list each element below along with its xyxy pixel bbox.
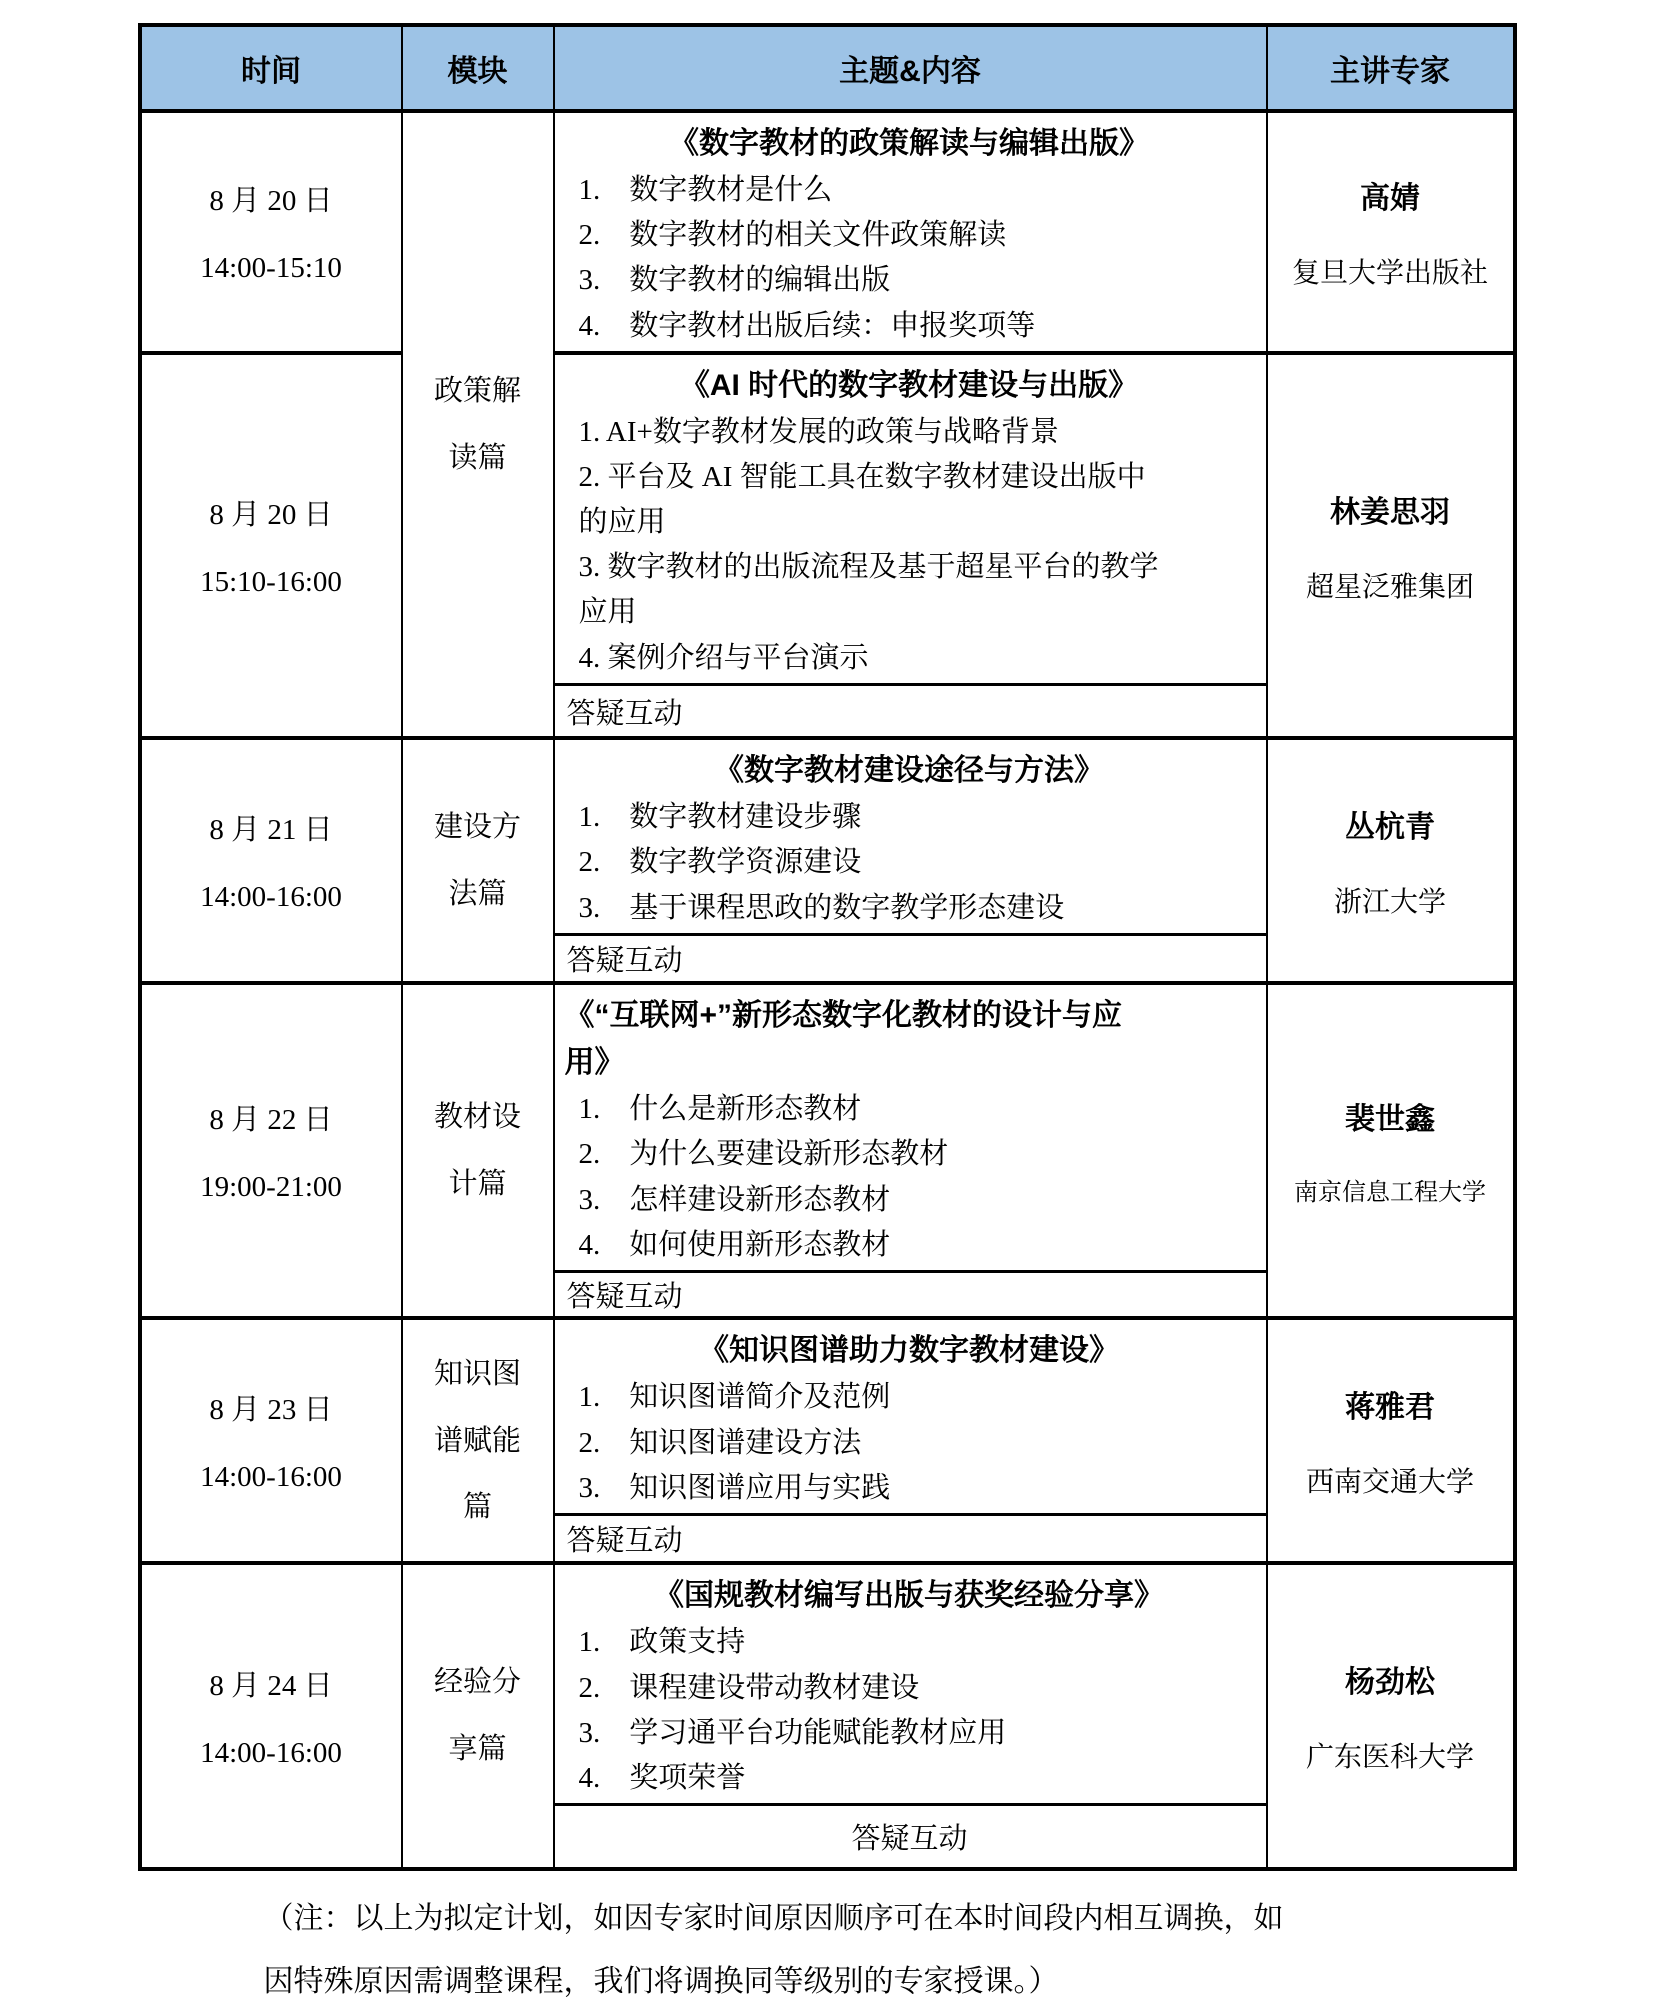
speaker-affiliation: 西南交通大学: [1269, 1460, 1512, 1500]
header-row: 时间 模块 主题&内容 主讲专家: [140, 25, 1515, 111]
time-cell: 8 月 21 日 14:00-16:00: [140, 738, 402, 983]
qa-cell: 答疑互动: [554, 1805, 1267, 1869]
session-item: 1. AI+数字教材发展的政策与战略背景: [565, 410, 1254, 455]
session-title: 《知识图谱助力数字教材建设》: [565, 1328, 1254, 1375]
content-cell: 《“互联网+”新形态数字化教材的设计与应 用》 1. 什么是新形态教材 2. 为…: [554, 983, 1267, 1271]
session-time: 14:00-16:00: [143, 1461, 400, 1494]
module-cell: 经验分 享篇: [402, 1563, 554, 1868]
session-item: 3. 学习通平台功能赋能教材应用: [565, 1711, 1254, 1756]
content-cell: 《数字教材的政策解读与编辑出版》 1. 数字教材是什么 2. 数字教材的相关文件…: [554, 111, 1267, 353]
speaker-cell: 杨劲松 广东医科大学: [1267, 1563, 1515, 1868]
speaker-affiliation: 复旦大学出版社: [1269, 251, 1512, 291]
session-item: 4. 案例介绍与平台演示: [565, 636, 1254, 681]
module-cell: 建设方 法篇: [402, 738, 554, 983]
session-time: 14:00-16:00: [143, 881, 400, 914]
session-item: 2. 课程建设带动教材建设: [565, 1666, 1254, 1711]
speaker-name: 蒋雅君: [1269, 1382, 1512, 1426]
session-date: 8 月 24 日: [143, 1663, 400, 1704]
session-item: 1. 数字教材是什么: [565, 168, 1254, 213]
session-date: 8 月 22 日: [143, 1097, 400, 1138]
session-date: 8 月 20 日: [143, 178, 400, 219]
session-item: 1. 数字教材建设步骤: [565, 795, 1254, 840]
session-item: 1. 知识图谱简介及范例: [565, 1375, 1254, 1420]
speaker-name: 裴世鑫: [1269, 1094, 1512, 1138]
session-item: 4. 奖项荣誉: [565, 1756, 1254, 1801]
speaker-cell: 高婧 复旦大学出版社: [1267, 111, 1515, 353]
time-cell: 8 月 22 日 19:00-21:00: [140, 983, 402, 1318]
session-row: 8 月 20 日 15:10-16:00 《AI 时代的数字教材建设与出版》 1…: [140, 353, 1515, 685]
session-item: 3. 知识图谱应用与实践: [565, 1466, 1254, 1511]
session-title: 《AI 时代的数字教材建设与出版》: [565, 363, 1254, 410]
qa-cell: 答疑互动: [554, 1514, 1267, 1563]
session-row: 8 月 22 日 19:00-21:00 教材设 计篇 《“互联网+”新形态数字…: [140, 983, 1515, 1271]
time-cell: 8 月 24 日 14:00-16:00: [140, 1563, 402, 1868]
session-item: 2. 知识图谱建设方法: [565, 1421, 1254, 1466]
qa-cell: 答疑互动: [554, 934, 1267, 983]
speaker-name: 丛杭青: [1269, 802, 1512, 846]
session-time: 15:10-16:00: [143, 566, 400, 599]
speaker-cell: 裴世鑫 南京信息工程大学: [1267, 983, 1515, 1318]
speaker-cell: 林姜思羽 超星泛雅集团: [1267, 353, 1515, 739]
session-item: 4. 如何使用新形态教材: [565, 1223, 1254, 1268]
module-cell: 政策解 读篇: [402, 111, 554, 738]
speaker-affiliation: 南京信息工程大学: [1269, 1172, 1512, 1207]
speaker-name: 杨劲松: [1269, 1657, 1512, 1701]
session-time: 19:00-21:00: [143, 1171, 400, 1204]
session-item: 3. 数字教材的编辑出版: [565, 258, 1254, 303]
session-title: 《“互联网+”新形态数字化教材的设计与应 用》: [565, 993, 1254, 1087]
session-row: 8 月 23 日 14:00-16:00 知识图 谱赋能 篇 《知识图谱助力数字…: [140, 1318, 1515, 1514]
session-item: 2. 数字教学资源建设: [565, 840, 1254, 885]
session-item: 3. 怎样建设新形态教材: [565, 1178, 1254, 1223]
content-cell: 《数字教材建设途径与方法》 1. 数字教材建设步骤 2. 数字教学资源建设 3.…: [554, 738, 1267, 934]
session-date: 8 月 23 日: [143, 1387, 400, 1428]
speaker-cell: 丛杭青 浙江大学: [1267, 738, 1515, 983]
session-row: 8 月 24 日 14:00-16:00 经验分 享篇 《国规教材编写出版与获奖…: [140, 1563, 1515, 1804]
session-title: 《数字教材建设途径与方法》: [565, 748, 1254, 795]
session-item: 4. 数字教材出版后续：申报奖项等: [565, 304, 1254, 349]
document-page: 时间 模块 主题&内容 主讲专家 8 月 20 日 14:00-15:10 政策…: [0, 0, 1654, 2013]
session-date: 8 月 21 日: [143, 807, 400, 848]
session-item: 1. 什么是新形态教材: [565, 1087, 1254, 1132]
speaker-name: 林姜思羽: [1269, 487, 1512, 531]
speaker-affiliation: 浙江大学: [1269, 880, 1512, 920]
module-cell: 知识图 谱赋能 篇: [402, 1318, 554, 1563]
speaker-affiliation: 超星泛雅集团: [1269, 565, 1512, 605]
content-cell: 《知识图谱助力数字教材建设》 1. 知识图谱简介及范例 2. 知识图谱建设方法 …: [554, 1318, 1267, 1514]
session-row: 8 月 20 日 14:00-15:10 政策解 读篇 《数字教材的政策解读与编…: [140, 111, 1515, 353]
speaker-name: 高婧: [1269, 173, 1512, 217]
session-item: 3. 基于课程思政的数字教学形态建设: [565, 886, 1254, 931]
session-item: 1. 政策支持: [565, 1620, 1254, 1665]
session-title: 《数字教材的政策解读与编辑出版》: [565, 121, 1254, 168]
speaker-cell: 蒋雅君 西南交通大学: [1267, 1318, 1515, 1563]
speaker-affiliation: 广东医科大学: [1269, 1735, 1512, 1775]
time-cell: 8 月 23 日 14:00-16:00: [140, 1318, 402, 1563]
session-date: 8 月 20 日: [143, 492, 400, 533]
session-row: 8 月 21 日 14:00-16:00 建设方 法篇 《数字教材建设途径与方法…: [140, 738, 1515, 934]
time-cell: 8 月 20 日 15:10-16:00: [140, 353, 402, 739]
qa-cell: 答疑互动: [554, 684, 1267, 738]
session-item: 3. 数字教材的出版流程及基于超星平台的教学 应用: [565, 545, 1254, 635]
col-header-speaker: 主讲专家: [1267, 25, 1515, 111]
session-title: 《国规教材编写出版与获奖经验分享》: [565, 1573, 1254, 1620]
session-item: 2. 数字教材的相关文件政策解读: [565, 213, 1254, 258]
qa-cell: 答疑互动: [554, 1271, 1267, 1318]
module-cell: 教材设 计篇: [402, 983, 554, 1318]
col-header-time: 时间: [140, 25, 402, 111]
session-time: 14:00-16:00: [143, 1737, 400, 1770]
time-cell: 8 月 20 日 14:00-15:10: [140, 111, 402, 353]
footnote: （注：以上为拟定计划，如因专家时间原因顺序可在本时间段内相互调换，如 因特殊原因…: [140, 1871, 1515, 2013]
session-item: 2. 平台及 AI 智能工具在数字教材建设出版中 的应用: [565, 455, 1254, 545]
content-cell: 《国规教材编写出版与获奖经验分享》 1. 政策支持 2. 课程建设带动教材建设 …: [554, 1563, 1267, 1804]
content-cell: 《AI 时代的数字教材建设与出版》 1. AI+数字教材发展的政策与战略背景 2…: [554, 353, 1267, 685]
col-header-module: 模块: [402, 25, 554, 111]
session-time: 14:00-15:10: [143, 252, 400, 285]
col-header-topic: 主题&内容: [554, 25, 1267, 111]
session-item: 2. 为什么要建设新形态教材: [565, 1132, 1254, 1177]
schedule-table: 时间 模块 主题&内容 主讲专家 8 月 20 日 14:00-15:10 政策…: [138, 23, 1517, 1871]
